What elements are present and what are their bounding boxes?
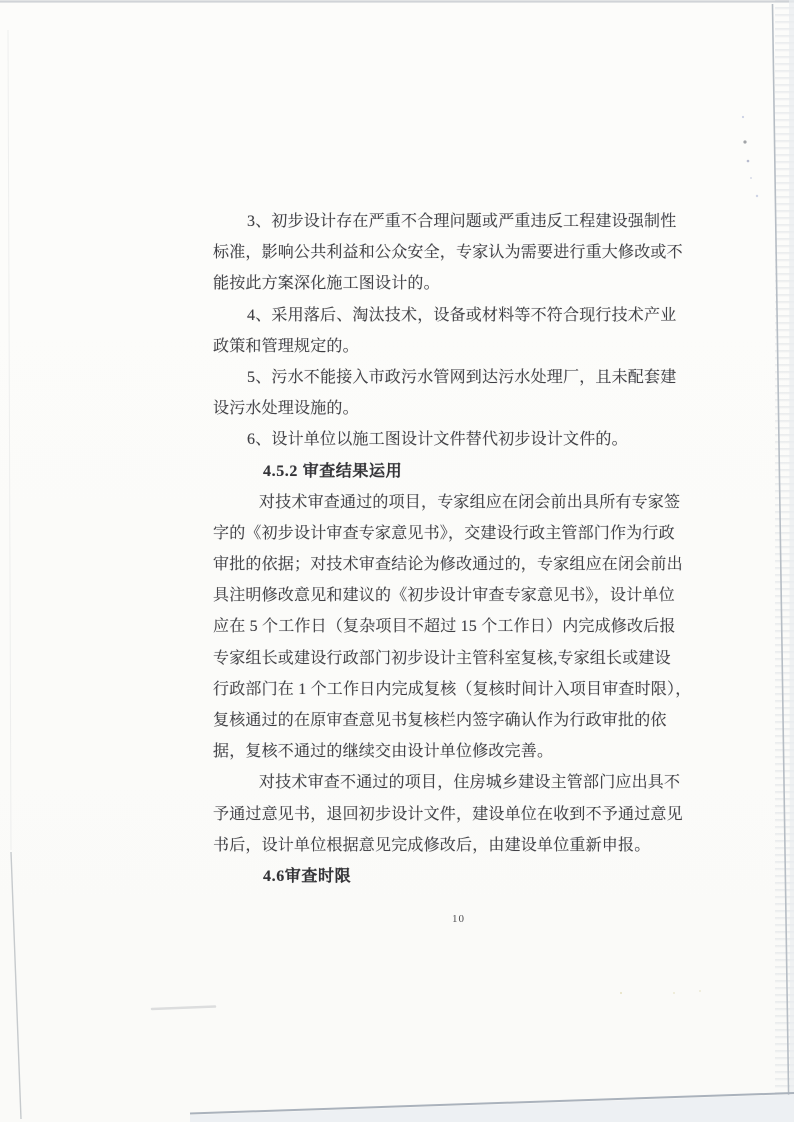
text-line: 应在 5 个工作日（复杂项目不超过 15 个工作日）内完成修改后报	[213, 611, 705, 642]
text-line: 4、采用落后、淘汰技术，设备或材料等不符合现行技术产业	[213, 300, 705, 331]
scan-speck	[743, 140, 746, 143]
scan-speck	[750, 177, 752, 179]
left-fold-line-faint	[8, 30, 11, 850]
bottom-outside-area	[190, 1095, 794, 1122]
section-heading: 4.6审查时限	[213, 861, 705, 892]
pencil-smudge	[152, 1007, 215, 1010]
scan-speck	[620, 992, 622, 994]
scanner-streaks	[775, 0, 794, 1122]
text-line: 设污水处理设施的。	[213, 393, 705, 424]
left-fold-line	[11, 852, 21, 1119]
text-line: 具注明修改意见和建议的《初步设计审查专家意见书》，设计单位	[213, 580, 705, 611]
section-heading: 4.5.2 审查结果运用	[213, 456, 705, 487]
bottom-page-edge	[190, 1093, 794, 1114]
scan-speck	[699, 990, 701, 992]
text-line: 5、污水不能接入市政污水管网到达污水处理厂，且未配套建	[213, 362, 705, 393]
text-line: 复核通过的在原审查意见书复核栏内签字确认作为行政审批的依	[213, 705, 705, 736]
text-line: 行政部门在 1 个工作日内完成复核（复核时间计入项目审查时限），	[213, 674, 705, 705]
document-body: 3、初步设计存在严重不合理问题或严重违反工程建设强制性标准，影响公共利益和公众安…	[213, 206, 705, 892]
text-line: 对技术审查不通过的项目，住房城乡建设主管部门应出具不	[213, 767, 705, 798]
text-line: 书后，设计单位根据意见完成修改后，由建设单位重新申报。	[213, 830, 705, 861]
text-line: 标准，影响公共利益和公众安全，专家认为需要进行重大修改或不	[213, 237, 705, 268]
text-line: 能按此方案深化施工图设计的。	[213, 268, 705, 299]
text-line: 政策和管理规定的。	[213, 331, 705, 362]
page-number: 10	[452, 913, 465, 925]
scan-speck	[673, 992, 675, 994]
text-line: 3、初步设计存在严重不合理问题或严重违反工程建设强制性	[213, 206, 705, 237]
scanned-page: 3、初步设计存在严重不合理问题或严重违反工程建设强制性标准，影响公共利益和公众安…	[0, 0, 794, 1122]
text-line: 据，复核不通过的继续交由设计单位修改完善。	[213, 736, 705, 767]
text-line: 审批的依据；对技术审查结论为修改通过的，专家组应在闭会前出	[213, 549, 705, 580]
text-line: 专家组长或建设行政部门初步设计主管科室复核,专家组长或建设	[213, 643, 705, 674]
text-line: 6、设计单位以施工图设计文件替代初步设计文件的。	[213, 424, 705, 455]
text-line: 对技术审查通过的项目，专家组应在闭会前出具所有专家签	[213, 487, 705, 518]
scan-speck	[742, 116, 744, 118]
text-line: 予通过意见书，退回初步设计文件，建设单位在收到不予通过意见	[213, 799, 705, 830]
scan-speck	[747, 160, 750, 163]
text-line: 字的《初步设计审查专家意见书》，交建设行政主管部门作为行政	[213, 518, 705, 549]
scan-speck	[756, 195, 758, 197]
